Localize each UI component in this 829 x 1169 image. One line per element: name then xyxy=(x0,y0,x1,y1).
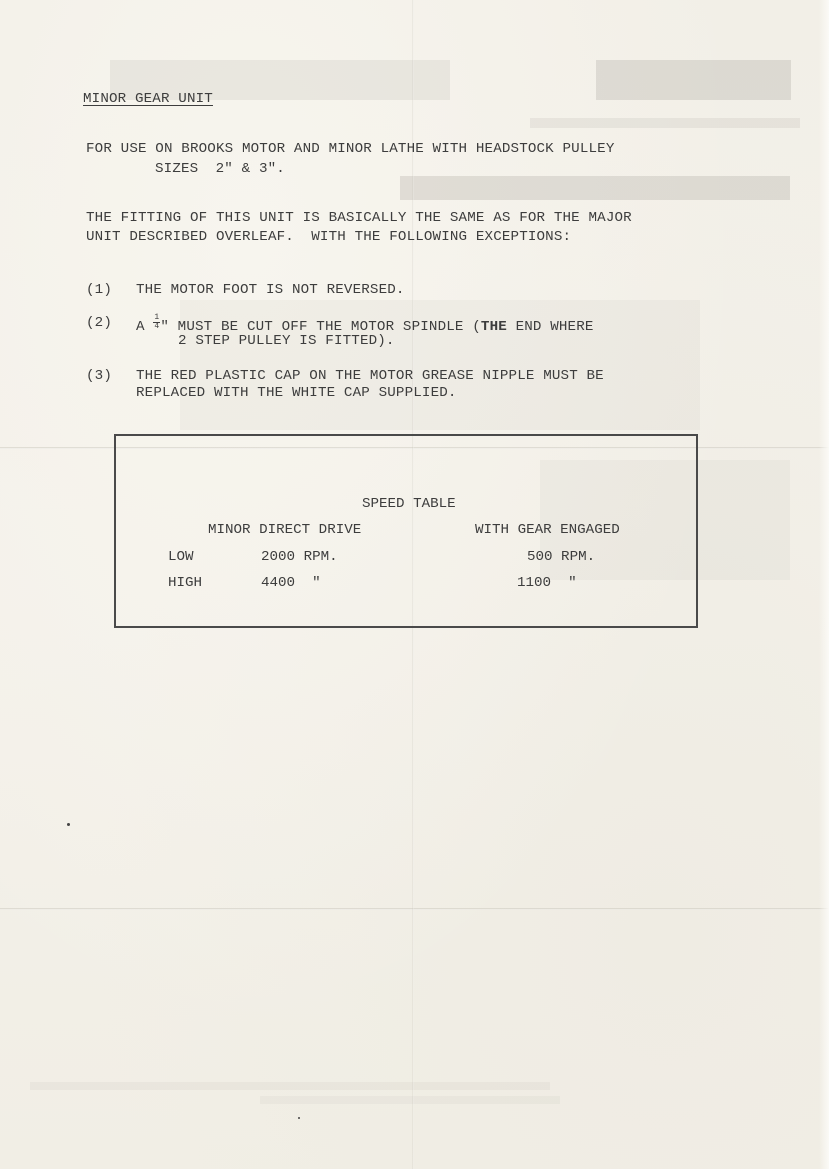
fold-line xyxy=(0,908,829,910)
bleed-through-footer-line2 xyxy=(260,1096,560,1104)
exception-number: (1) xyxy=(86,281,112,300)
bleed-through-subtitle xyxy=(530,118,800,128)
speed-table-title: SPEED TABLE xyxy=(362,496,456,512)
direct-speed-high: 4400 " xyxy=(261,575,321,591)
exception-text: THE MOTOR FOOT IS NOT REVERSED. xyxy=(136,281,405,300)
intro-line: SIZES 2" & 3". xyxy=(155,160,285,179)
column-header-geared: WITH GEAR ENGAGED xyxy=(475,522,620,538)
exception-text: 2 STEP PULLEY IS FITTED). xyxy=(178,332,395,351)
paper-sheet: MINOR GEAR UNIT FOR USE ON BROOKS MOTOR … xyxy=(0,0,829,1169)
row-label-low: LOW xyxy=(168,549,194,565)
exception-text-bold: THE xyxy=(481,319,507,335)
exception-text-suffix: END WHERE xyxy=(507,319,594,335)
geared-speed-low: 500 RPM. xyxy=(527,549,595,565)
bleed-through-heading xyxy=(400,176,790,200)
exception-text: REPLACED WITH THE WHITE CAP SUPPLIED. xyxy=(136,384,457,403)
ink-speck xyxy=(67,823,70,826)
direct-speed-low: 2000 RPM. xyxy=(261,549,338,565)
exception-number: (3) xyxy=(86,367,112,386)
geared-speed-high: 1100 " xyxy=(517,575,577,591)
bleed-through-footer-line1 xyxy=(30,1082,550,1090)
speed-table: SPEED TABLE MINOR DIRECT DRIVE WITH GEAR… xyxy=(114,434,698,628)
paper-edge xyxy=(819,0,829,1169)
exception-text-prefix: A xyxy=(136,319,153,335)
exception-number: (2) xyxy=(86,314,112,333)
intro-line: FOR USE ON BROOKS MOTOR AND MINOR LATHE … xyxy=(86,140,615,159)
fitting-paragraph-line: UNIT DESCRIBED OVERLEAF. WITH THE FOLLOW… xyxy=(86,228,571,247)
ink-speck xyxy=(298,1117,300,1119)
bleed-through-logo xyxy=(596,60,791,100)
column-header-direct: MINOR DIRECT DRIVE xyxy=(208,522,361,538)
row-label-high: HIGH xyxy=(168,575,202,591)
document-title: MINOR GEAR UNIT xyxy=(83,90,213,109)
fitting-paragraph-line: THE FITTING OF THIS UNIT IS BASICALLY TH… xyxy=(86,209,632,228)
